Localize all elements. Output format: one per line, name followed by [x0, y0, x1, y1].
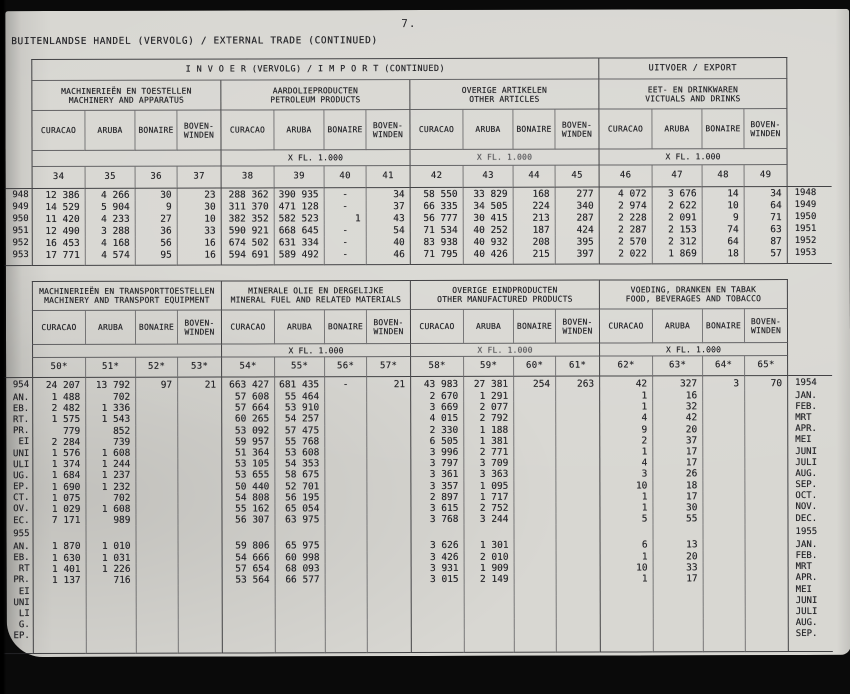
table-cell: 56 307	[221, 514, 274, 525]
table-cell: 208	[513, 236, 555, 248]
table-cell	[513, 447, 555, 458]
table-cell	[177, 459, 221, 470]
region-header: ARUBA	[652, 309, 702, 343]
table-cell: 37	[366, 200, 410, 212]
table-cell	[136, 526, 178, 541]
table-cell	[177, 414, 221, 425]
table-cell: 55 162	[221, 503, 274, 514]
region-header: BONAIRE	[513, 310, 555, 344]
table-cell: 2 149	[464, 574, 514, 585]
spacer-cell	[599, 259, 652, 264]
table-cell: 390 935	[274, 188, 324, 200]
table-cell	[555, 502, 599, 513]
table-cell: 66 335	[410, 200, 463, 212]
right-margin-cell	[788, 149, 832, 165]
table-cell: 1	[599, 491, 652, 502]
region-header: ARUBA	[651, 109, 701, 149]
table-cell: 1	[599, 390, 652, 401]
table-cell: 382 352	[221, 212, 274, 224]
table-cell: 12 386	[32, 189, 85, 201]
table-cell: 71 795	[410, 248, 463, 260]
column-number: 40	[324, 166, 366, 188]
right-margin-cell	[788, 279, 832, 309]
spacer-cell	[86, 642, 136, 654]
table-cell: 3 615	[410, 503, 463, 514]
table-cell: 254	[513, 377, 555, 391]
table-cell	[513, 458, 555, 469]
table-cell: 3 015	[411, 574, 464, 585]
table-cell: 53 564	[222, 574, 275, 585]
table-cell: 1 630	[33, 552, 86, 563]
row-label-right: APR.	[789, 573, 833, 584]
region-header: CURACAO	[220, 110, 273, 150]
table-cell: 1 575	[32, 414, 85, 425]
unit-label: X FL. 1.000	[221, 344, 410, 357]
table-cell	[513, 424, 555, 435]
table-cell	[745, 595, 789, 606]
region-header: BONAIRE	[512, 110, 554, 150]
table-cell: 9	[135, 201, 177, 213]
table-cell	[703, 539, 745, 550]
table-cell	[325, 563, 367, 574]
table-cell: 1 690	[32, 481, 85, 492]
table-cell: 6 505	[410, 436, 463, 447]
table-cell	[600, 525, 653, 540]
table-cell	[464, 585, 514, 596]
table-cell: 64	[744, 199, 788, 211]
row-label-right: 1955	[789, 524, 833, 539]
row-label-right: MEI	[789, 584, 833, 595]
table-cell	[513, 503, 555, 514]
row-label-right: APR.	[788, 424, 832, 435]
table-cell	[324, 391, 366, 402]
table-cell	[135, 425, 177, 436]
spacer-cell	[178, 641, 222, 653]
table-cell	[324, 514, 366, 525]
table-cell	[744, 502, 788, 513]
table-cell	[744, 446, 788, 457]
table-cell: 60 265	[221, 414, 274, 425]
table-cell	[556, 596, 600, 607]
table-cell: 57 664	[221, 403, 274, 414]
column-number: 65*	[744, 356, 788, 376]
table-cell	[275, 619, 325, 630]
table-cell	[703, 595, 745, 606]
row-label-right: 1949	[788, 199, 832, 211]
spacer-cell	[556, 640, 600, 652]
table-cell: 54 353	[274, 458, 324, 469]
table-cell	[366, 447, 410, 458]
table-cell: 287	[555, 212, 599, 224]
table-cell: 58 550	[410, 188, 463, 200]
table-cell: 30 415	[463, 212, 513, 224]
table-cell: 66 577	[275, 574, 325, 585]
spacer-cell	[221, 260, 274, 265]
table-cell	[222, 526, 275, 541]
table-cell: 2 077	[463, 402, 513, 413]
table-cell	[366, 469, 410, 480]
table-cell: 3	[599, 469, 652, 480]
table-cell: 33	[653, 562, 703, 573]
region-header: CURACAO	[599, 309, 652, 343]
table-cell	[744, 491, 788, 502]
table-cell	[177, 481, 221, 492]
table-cell	[135, 504, 177, 515]
table-cell	[367, 563, 411, 574]
table-cell: 1 095	[463, 480, 513, 491]
table-cell	[136, 619, 178, 630]
table-cell: -	[324, 248, 366, 260]
table-cell	[325, 596, 367, 607]
table-cell: -	[324, 224, 366, 236]
table-cell	[135, 515, 177, 526]
column-number: 48	[702, 165, 744, 187]
table-cell	[702, 401, 744, 412]
column-number: 46	[599, 165, 652, 187]
table-cell: 3 363	[463, 469, 513, 480]
import-export-table-1954-1955: MACHINERIEËN EN TRANSPORTTOESTELLENMACHI…	[0, 279, 833, 654]
table-cell	[702, 413, 744, 424]
table-cell	[555, 469, 599, 480]
table-cell	[366, 391, 410, 402]
table-cell	[555, 424, 599, 435]
table-cell	[703, 629, 745, 640]
table-cell: 3 244	[463, 514, 513, 525]
table-cell: 589 492	[274, 248, 324, 260]
column-number: 37	[177, 167, 221, 189]
table-cell: 311 370	[221, 200, 274, 212]
table-cell	[222, 597, 275, 608]
region-header: BOVEN-WINDEN	[176, 111, 220, 151]
row-label-right: 1953	[788, 247, 832, 259]
table-cell	[702, 424, 744, 435]
region-header: BOVEN-WINDEN	[743, 109, 787, 149]
table-cell: 2 228	[599, 211, 652, 223]
table-cell	[366, 481, 410, 492]
table-cell	[86, 526, 136, 541]
table-cell	[556, 573, 600, 584]
scanned-page: 7. BUITENLANDSE HANDEL (VERVOLG) / EXTER…	[0, 0, 850, 694]
table-cell	[653, 525, 703, 540]
table-cell	[33, 597, 86, 608]
table-cell: 70	[744, 376, 788, 390]
table-cell: -	[324, 377, 366, 391]
table-cell	[325, 608, 367, 619]
column-number: 35	[85, 167, 135, 189]
table-cell	[177, 470, 221, 481]
table-cell: 4 072	[599, 187, 652, 199]
table-cell	[600, 607, 653, 618]
table-cell	[86, 586, 136, 597]
section-import-title: I N V O E R (VERVOLG) / I M P O R T (CON…	[31, 58, 598, 81]
table-cell: 3 669	[410, 402, 463, 413]
table-cell: 716	[86, 575, 136, 586]
region-header: CURACAO	[410, 310, 463, 344]
table-cell: 187	[513, 224, 555, 236]
table-cell	[136, 574, 178, 585]
table-cell: 30	[177, 201, 221, 213]
table-cell: -	[324, 188, 366, 200]
table-cell	[744, 390, 788, 401]
table-cell	[702, 446, 744, 457]
table-cell	[745, 562, 789, 573]
table-cell: 21	[177, 378, 221, 392]
table-cell: 56	[135, 237, 177, 249]
table-cell	[702, 502, 744, 513]
table-cell	[513, 469, 555, 480]
table-cell	[464, 607, 514, 618]
table-cell: 1 188	[463, 424, 513, 435]
table-cell	[744, 457, 788, 468]
table-cell	[324, 503, 366, 514]
table-cell: 32	[652, 401, 702, 412]
column-number: 56*	[324, 357, 366, 377]
table-cell	[702, 468, 744, 479]
table-cell: 2 622	[652, 199, 702, 211]
table-cell	[513, 391, 555, 402]
table-cell: 1 608	[85, 448, 135, 459]
table-cell: 3 797	[410, 458, 463, 469]
table-cell	[325, 630, 367, 641]
table-cell: 1 870	[33, 541, 86, 552]
table-cell: 63	[744, 223, 788, 235]
table-cell: 1 684	[32, 470, 85, 481]
table-cell: 24 207	[32, 378, 85, 392]
table-cell	[745, 606, 789, 617]
unit-label: X FL. 1.000	[410, 150, 599, 166]
region-header: CURACAO	[409, 110, 462, 150]
column-number: 34	[32, 167, 85, 189]
column-number: 50*	[32, 358, 85, 378]
table-cell: 4 574	[85, 249, 135, 261]
unit-label	[32, 151, 221, 167]
table-cell	[324, 469, 366, 480]
table-cell	[556, 525, 600, 540]
table-cell: 3 676	[652, 187, 702, 199]
table-cell: 1 137	[33, 575, 86, 586]
table-cell: 21	[366, 377, 410, 391]
table-cell: 54 666	[222, 552, 275, 563]
row-label-right: OCT.	[788, 491, 832, 502]
region-header: ARUBA	[84, 111, 134, 151]
table-cell	[135, 481, 177, 492]
table-cell	[135, 392, 177, 403]
table-cell	[600, 618, 653, 629]
table-cell: 95	[135, 249, 177, 261]
table-cell	[556, 551, 600, 562]
row-label-right: MRT	[788, 412, 832, 423]
row-label-right: JULI	[788, 457, 832, 468]
table-cell: 4	[599, 458, 652, 469]
table-cell: 57 475	[274, 425, 324, 436]
table-cell: 46	[366, 248, 410, 260]
table-cell: 989	[85, 515, 135, 526]
table-cell	[367, 525, 411, 540]
table-cell: 57 608	[221, 391, 274, 402]
table-cell: 288 362	[221, 188, 274, 200]
table-cell	[366, 492, 410, 503]
table-cell: 12 490	[32, 225, 85, 237]
table-cell: 55 464	[274, 391, 324, 402]
table-cell	[513, 402, 555, 413]
table-cell: 43	[366, 212, 410, 224]
table-cell	[411, 525, 464, 540]
table-cell	[222, 619, 275, 630]
table-cell: 87	[744, 235, 788, 247]
table-cell	[178, 563, 222, 574]
column-number: 49	[744, 165, 788, 187]
region-header: BOVEN-WINDEN	[177, 311, 221, 345]
table-cell: 18	[652, 480, 702, 491]
table-cell: 9	[599, 424, 652, 435]
table-cell: 1	[599, 402, 652, 413]
table-cell: 1	[600, 573, 653, 584]
table-cell	[555, 391, 599, 402]
region-header: ARUBA	[85, 311, 135, 345]
column-number: 36	[135, 167, 177, 189]
group-title: AARDOLIEPRODUCTENPETROLEUM PRODUCTS	[220, 80, 409, 110]
right-margin-cell	[789, 640, 833, 652]
table-cell: 23	[177, 189, 221, 201]
table-cell: 3 288	[85, 225, 135, 237]
region-header: BOVEN-WINDEN	[554, 110, 598, 150]
spacer-cell	[275, 641, 325, 653]
column-number: 51*	[85, 358, 135, 378]
row-label-right: DEC.	[788, 513, 832, 524]
table-cell	[702, 513, 744, 524]
table-cell	[653, 629, 703, 640]
table-cell	[325, 552, 367, 563]
region-header: ARUBA	[274, 310, 324, 344]
table-cell: 34 505	[463, 200, 513, 212]
table-cell	[555, 446, 599, 457]
row-label-right: 1950	[788, 211, 832, 223]
table-cell	[222, 630, 275, 641]
table-cell	[367, 607, 411, 618]
table-cell	[555, 402, 599, 413]
spacer-cell	[600, 640, 653, 652]
table-cell	[178, 552, 222, 563]
table-cell: 1 010	[86, 541, 136, 552]
table-cell: 54 257	[274, 414, 324, 425]
column-number: 58*	[410, 357, 463, 377]
table-cell: 681 435	[274, 377, 324, 391]
spacer-cell	[703, 640, 745, 652]
table-cell	[33, 608, 86, 619]
unit-label	[32, 345, 221, 358]
table-cell	[411, 607, 464, 618]
table-cell: 55	[652, 513, 702, 524]
table-cell	[745, 539, 789, 550]
table-cell	[177, 492, 221, 503]
table-cell	[600, 584, 653, 595]
row-label-right: 1948	[788, 187, 832, 199]
table-cell: 2 670	[410, 391, 463, 402]
table-cell	[744, 435, 788, 446]
table-cell: 594 691	[221, 248, 274, 260]
table-cell: 4 168	[85, 237, 135, 249]
table-cell	[366, 402, 410, 413]
paper-sheet: 7. BUITENLANDSE HANDEL (VERVOLG) / EXTER…	[5, 9, 850, 657]
table-cell	[136, 541, 178, 552]
region-header: BOVEN-WINDEN	[366, 310, 410, 344]
region-header: BOVEN-WINDEN	[744, 309, 788, 343]
page-number: 7.	[401, 17, 416, 30]
table-cell: 37	[652, 435, 702, 446]
scan-left-edge	[0, 0, 6, 694]
table-cell: 16	[177, 249, 221, 261]
table-cell	[177, 515, 221, 526]
table-cell	[178, 526, 222, 541]
region-header: CURACAO	[598, 109, 651, 149]
row-label-right: JAN.	[789, 539, 833, 550]
table-cell	[86, 597, 136, 608]
table-cell: 1	[599, 446, 652, 457]
table-cell	[703, 524, 745, 539]
table-cell	[513, 480, 555, 491]
table-cell: 10	[600, 562, 653, 573]
spacer-cell	[513, 260, 555, 265]
table-cell	[702, 457, 744, 468]
table-cell	[222, 585, 275, 596]
unit-label: X FL. 1.000	[599, 343, 788, 356]
table-cell: 224	[513, 200, 555, 212]
table-cell: 74	[702, 223, 744, 235]
table-cell	[555, 435, 599, 446]
table-cell: 739	[85, 437, 135, 448]
table-cell	[702, 491, 744, 502]
table-cell	[33, 631, 86, 642]
table-cell	[177, 447, 221, 458]
table-cell: 17	[652, 457, 702, 468]
table-cell	[325, 619, 367, 630]
region-header: BOVEN-WINDEN	[365, 110, 409, 150]
table-cell: 852	[85, 425, 135, 436]
table-cell	[464, 596, 514, 607]
table-cell	[177, 425, 221, 436]
table-cell: 2 482	[32, 403, 85, 414]
table-cell	[135, 470, 177, 481]
table-cell: 327	[652, 376, 702, 390]
right-margin-cell	[788, 309, 832, 343]
table-cell	[366, 458, 410, 469]
table-cell	[366, 413, 410, 424]
table-cell	[464, 525, 514, 540]
table-cell: 168	[513, 188, 555, 200]
table-cell	[556, 629, 600, 640]
table-cell: 1 608	[85, 504, 135, 515]
table-cell	[703, 551, 745, 562]
table-cell: 14	[702, 187, 744, 199]
table-cell: 395	[555, 236, 599, 248]
table-cell	[367, 551, 411, 562]
row-label-right: SEP.	[789, 629, 833, 640]
column-number: 47	[652, 165, 702, 187]
table-cell	[745, 584, 789, 595]
table-cell	[136, 630, 178, 641]
group-title: VOEDING, DRANKEN EN TABAKFOOD, BEVERAGES…	[599, 279, 788, 309]
table-cell: 34	[366, 188, 410, 200]
right-margin-cell	[788, 165, 832, 187]
table-cell: 1 031	[86, 552, 136, 563]
table-cell	[744, 401, 788, 412]
table-cell: 30	[652, 502, 702, 513]
table-cell	[366, 436, 410, 447]
spacer-cell	[410, 260, 463, 265]
table-cell	[136, 552, 178, 563]
table-cell: 1 291	[463, 391, 513, 402]
table-cell: 3 709	[463, 458, 513, 469]
